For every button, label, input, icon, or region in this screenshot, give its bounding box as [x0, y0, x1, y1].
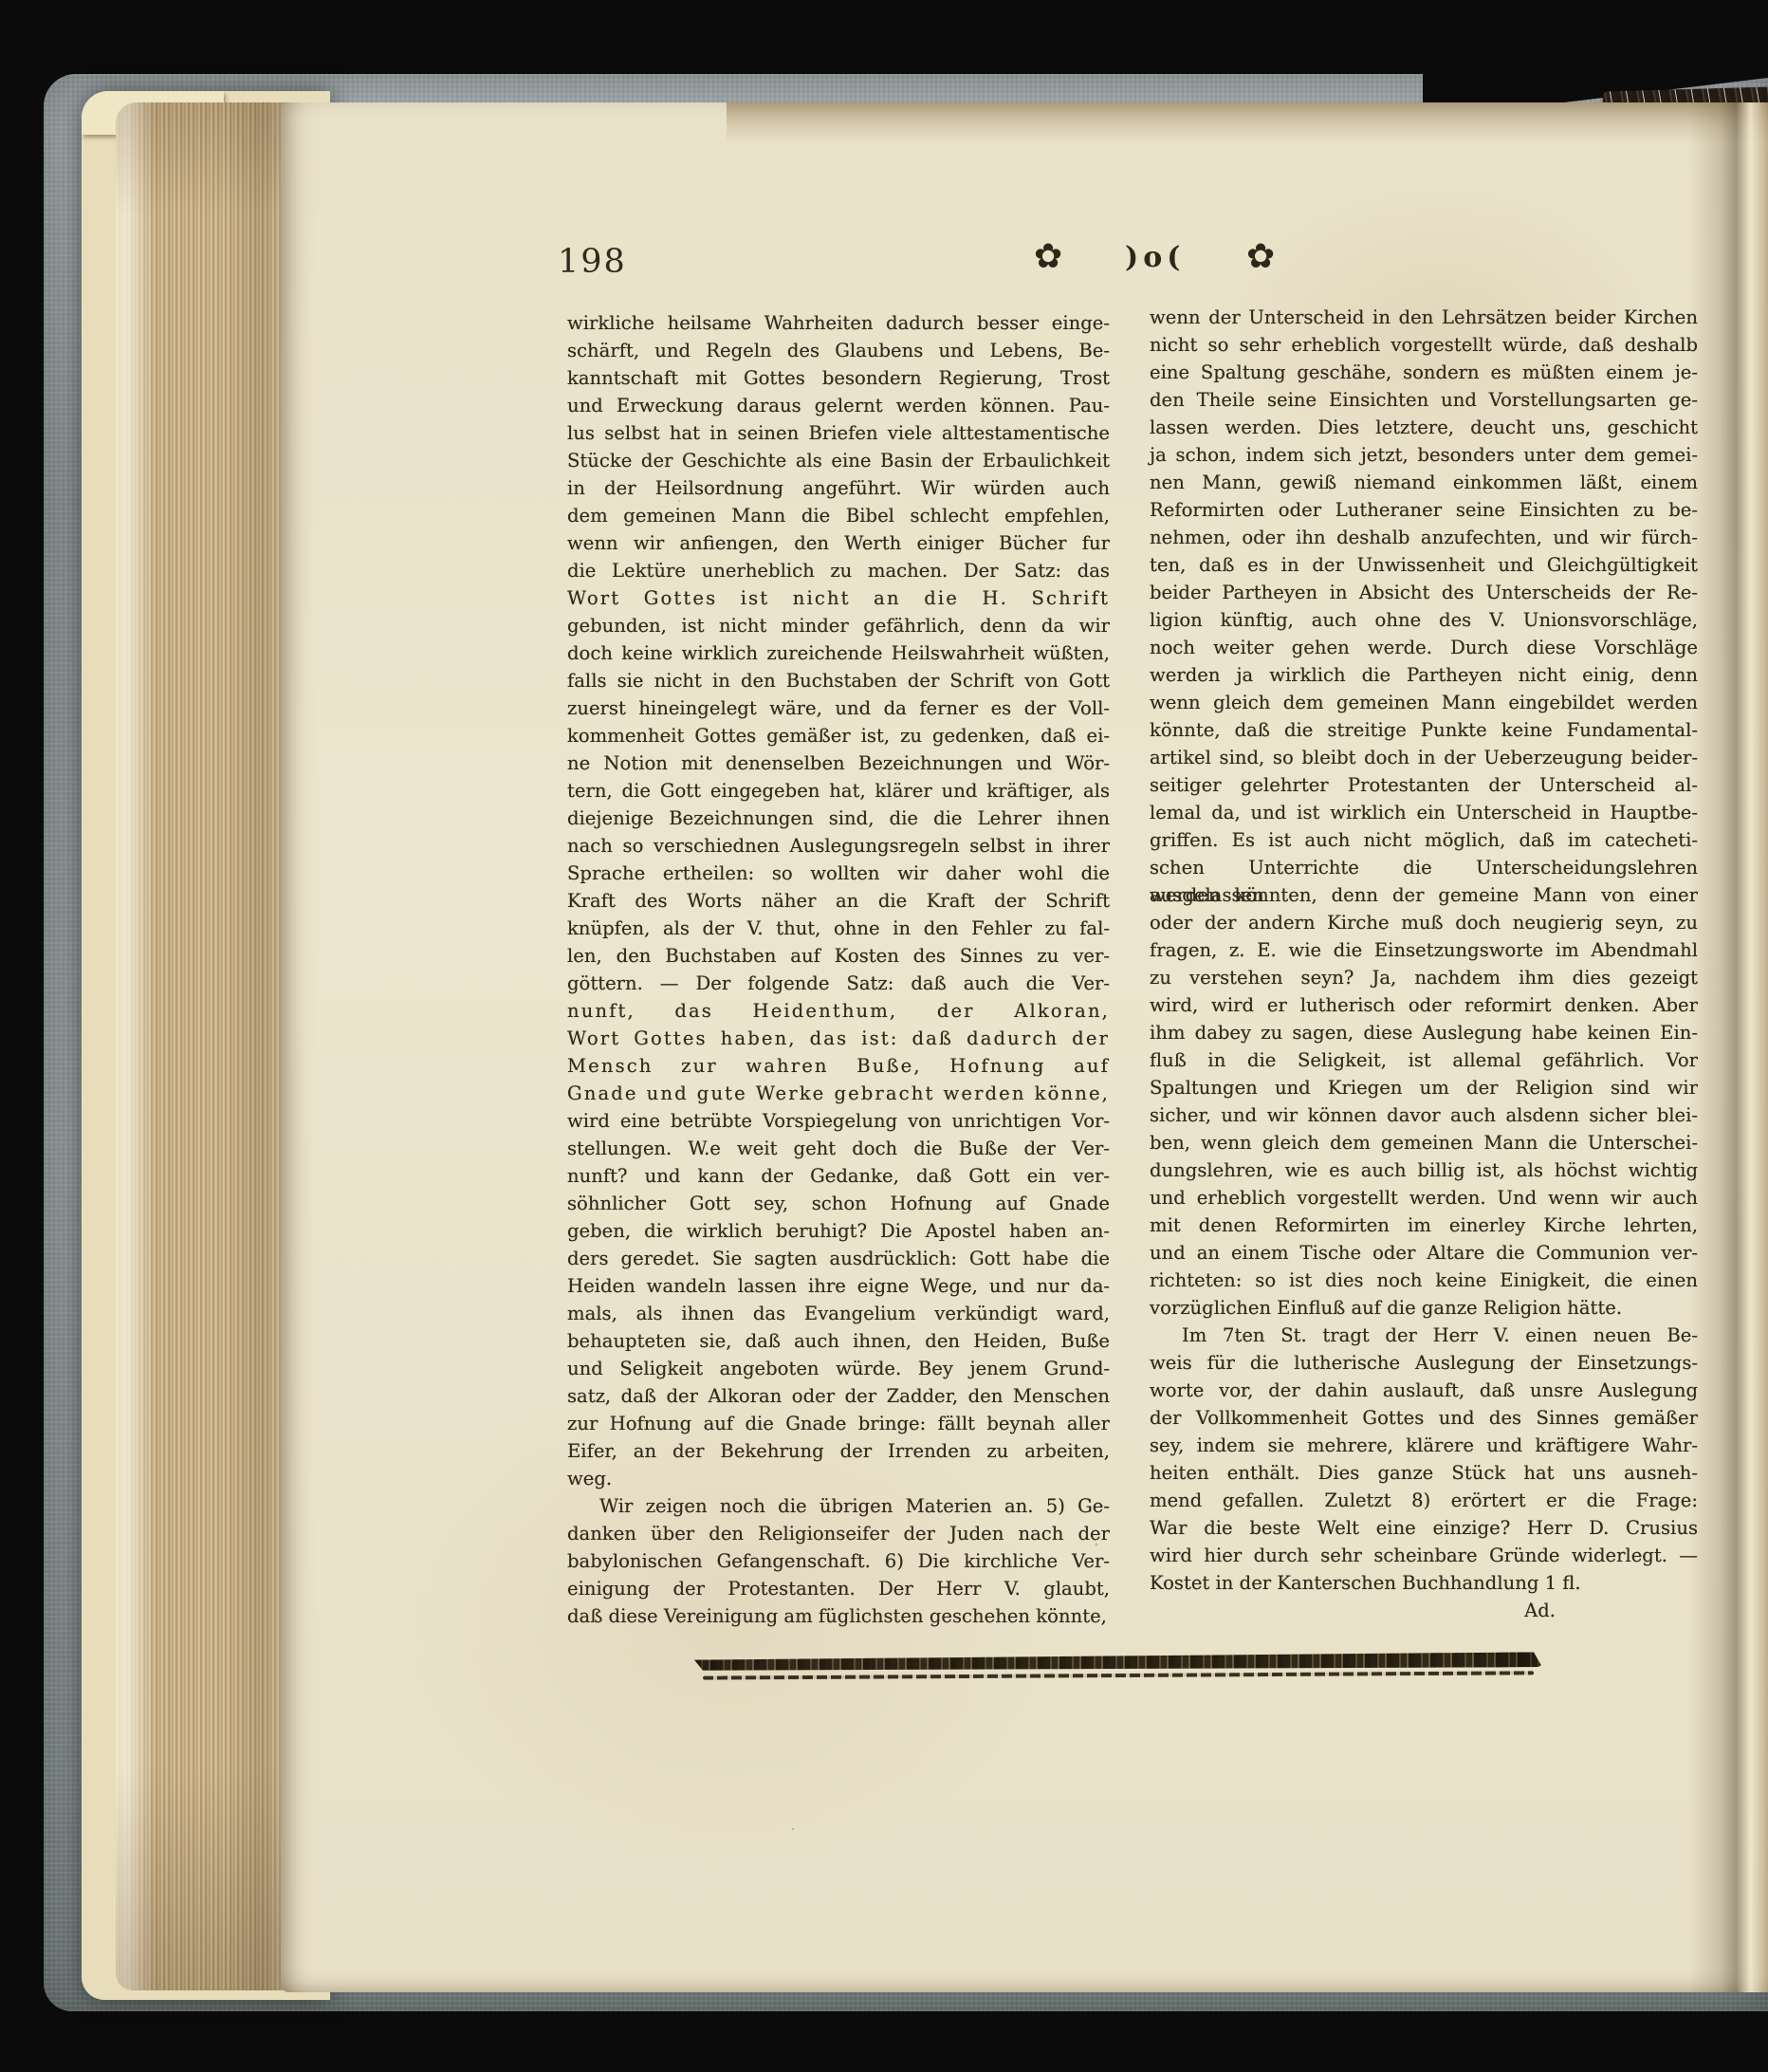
text-line: ihm dabey zu sagen, diese Auslegung habe… — [1150, 1019, 1698, 1046]
text-line: wird, wird er lutherisch oder reformirt … — [1150, 991, 1698, 1019]
text-line: Gnade und gute Werke gebracht werden kön… — [567, 1080, 1110, 1107]
text-line: danken über den Religionseifer der Juden… — [567, 1520, 1110, 1547]
text-line: den Theile seine Einsichten und Vorstell… — [1150, 386, 1698, 414]
text-line: weis für die lutherische Auslegung der E… — [1150, 1349, 1698, 1377]
text-line: söhnlicher Gott sey, schon Hofnung auf G… — [567, 1190, 1110, 1217]
text-line: len, den Buchstaben auf Kosten des Sinne… — [567, 942, 1110, 970]
text-line: Heiden wandeln lassen ihre eigne Wege, u… — [567, 1272, 1110, 1300]
text-line: falls sie nicht in den Buchstaben der Sc… — [567, 667, 1110, 694]
text-line: dungslehren, wie es auch billig ist, als… — [1150, 1156, 1698, 1184]
text-line: ligion künftig, auch ohne des V. Unionsv… — [1150, 606, 1698, 634]
text-line: werden ja wirklich die Partheyen nicht e… — [1150, 661, 1698, 689]
text-line: könnte, daß die streitige Punkte keine F… — [1150, 716, 1698, 744]
text-line: ten, daß es in der Unwissenheit und Glei… — [1150, 551, 1698, 579]
text-line: fragen, z. E. wie die Einsetzungsworte i… — [1150, 936, 1698, 964]
text-line: sicher, und wir können davor auch alsden… — [1150, 1101, 1698, 1129]
text-line: zur Hofnung auf die Gnade bringe: fällt … — [567, 1410, 1110, 1437]
text-column-left: wirkliche heilsame Wahrheiten dadurch be… — [567, 309, 1110, 1630]
text-line: ben, wenn gleich dem gemeinen Mann die U… — [1150, 1129, 1698, 1156]
floral-ornament-icon: ✿ — [1034, 237, 1062, 276]
text-line: worte vor, der dahin auslauft, daß unsre… — [1150, 1377, 1698, 1404]
text-line: ne Notion mit denenselben Bezeichnungen … — [567, 749, 1110, 777]
text-line: richteten: so ist dies noch keine Einigk… — [1150, 1267, 1698, 1294]
text-line: lus selbst hat in seinen Briefen viele a… — [567, 419, 1110, 447]
text-line: diejenige Bezeichnungen sind, die die Le… — [567, 805, 1110, 832]
floral-ornament-icon: ✿ — [1246, 237, 1275, 276]
text-line: Kostet in der Kanterschen Buchhandlung 1… — [1150, 1569, 1698, 1597]
text-line: kanntschaft mit Gottes besondern Regieru… — [567, 364, 1110, 392]
text-line: War die beste Welt eine einzige? Herr D.… — [1150, 1514, 1698, 1542]
page-number: 198 — [558, 243, 627, 281]
text-line: tern, die Gott eingegeben hat, klärer un… — [567, 777, 1110, 805]
text-line: Reformirten oder Lutheraner seine Einsic… — [1150, 496, 1698, 524]
text-line: die Lektüre unerheblich zu machen. Der S… — [567, 557, 1110, 584]
text-line: göttern. — Der folgende Satz: daß auch d… — [567, 970, 1110, 997]
text-line: und Seligkeit angeboten würde. Bey jenem… — [567, 1355, 1110, 1382]
text-line: Ad. — [1150, 1597, 1698, 1624]
text-line: und an einem Tische oder Altare die Comm… — [1150, 1239, 1698, 1267]
text-line: nicht so sehr erheblich vorgestellt würd… — [1150, 331, 1698, 359]
text-line: Spaltungen und Kriegen um der Religion s… — [1150, 1074, 1698, 1101]
text-line: heiten enthält. Dies ganze Stück hat uns… — [1150, 1459, 1698, 1487]
text-line: noch weiter gehen werde. Durch diese Vor… — [1150, 634, 1698, 661]
text-line: und Erweckung daraus gelernt werden könn… — [567, 392, 1110, 419]
text-line: artikel sind, so bleibt doch in der Uebe… — [1150, 744, 1698, 771]
text-line: daß diese Vereinigung am füglichsten ges… — [567, 1602, 1110, 1630]
text-line: geben, die wirklich beruhigt? Die Aposte… — [567, 1217, 1110, 1245]
text-line: babylonischen Gefangenschaft. 6) Die kir… — [567, 1547, 1110, 1575]
text-line: stellungen. W.e weit geht doch die Buße … — [567, 1135, 1110, 1162]
text-line: nunft? und kann der Gedanke, daß Gott ei… — [567, 1162, 1110, 1190]
text-line: mit denen Reformirten im einerley Kirche… — [1150, 1212, 1698, 1239]
text-line: ders geredet. Sie sagten ausdrücklich: G… — [567, 1245, 1110, 1272]
text-line: Kraft des Worts näher an die Kraft der S… — [567, 887, 1110, 915]
text-line: wenn der Unterscheid in den Lehrsätzen b… — [1150, 304, 1698, 331]
text-line: wenn gleich dem gemeinen Mann eingebilde… — [1150, 689, 1698, 716]
text-line: seitiger gelehrter Protestanten der Unte… — [1150, 771, 1698, 799]
text-line: lemal da, und ist wirklich ein Untersche… — [1150, 799, 1698, 826]
text-line: wenn wir anfiengen, den Werth einiger Bü… — [567, 529, 1110, 557]
scanned-book-page: 198 ✿ )o( ✿ wirkliche heilsame Wahrheite… — [0, 0, 1768, 2072]
text-line: oder der andern Kirche muß doch neugieri… — [1150, 909, 1698, 936]
text-line: zuerst hineingelegt wäre, und da ferner … — [567, 694, 1110, 722]
page-top-edge — [727, 102, 1768, 144]
text-line: dem gemeinen Mann die Bibel schlecht emp… — [567, 502, 1110, 529]
text-line: nach so verschiednen Auslegungsregeln se… — [567, 832, 1110, 860]
text-line: fluß in die Seligkeit, ist allemal gefäh… — [1150, 1046, 1698, 1074]
text-line: mals, als ihnen das Evangelium verkündig… — [567, 1300, 1110, 1327]
section-divider-mark: )o( — [1125, 241, 1185, 274]
text-line: Wort Gottes haben, das ist: daß dadurch … — [567, 1025, 1110, 1052]
text-line: einigung der Protestanten. Der Herr V. g… — [567, 1575, 1110, 1602]
page-fore-edge — [1688, 102, 1768, 1992]
text-line: wird eine betrübte Vorspiegelung von unr… — [567, 1107, 1110, 1135]
text-line: zu verstehen seyn? Ja, nachdem ihm dies … — [1150, 964, 1698, 991]
text-column-right: wenn der Unterscheid in den Lehrsätzen b… — [1150, 304, 1698, 1624]
text-line: schen Unterrichte die Unterscheidungsleh… — [1150, 854, 1698, 881]
text-line: weg. — [567, 1465, 1110, 1492]
text-line: Mensch zur wahren Buße, Hofnung auf — [567, 1052, 1110, 1080]
text-line: nunft, das Heidenthum, der Alkoran, — [567, 997, 1110, 1025]
text-line: wirkliche heilsame Wahrheiten dadurch be… — [567, 309, 1110, 337]
text-line: doch keine wirklich zureichende Heilswah… — [567, 639, 1110, 667]
text-line: vorzüglichen Einfluß auf die ganze Relig… — [1150, 1294, 1698, 1322]
text-line: Sprache ertheilen: so wollten wir daher … — [567, 860, 1110, 887]
text-line: lassen werden. Dies letztere, deucht uns… — [1150, 414, 1698, 441]
text-line: werden könnten, denn der gemeine Mann vo… — [1150, 881, 1698, 909]
text-line: knüpfen, als der V. thut, ohne in den Fe… — [567, 915, 1110, 942]
text-line: kommenheit Gottes gemäßer ist, zu gedenk… — [567, 722, 1110, 749]
text-line: eine Spaltung geschähe, sondern es müßte… — [1150, 359, 1698, 386]
text-line: behaupteten sie, daß auch ihnen, den Hei… — [567, 1327, 1110, 1355]
text-line: gebunden, ist nicht minder gefährlich, d… — [567, 612, 1110, 639]
text-line: Stücke der Geschichte als eine Basin der… — [567, 447, 1110, 474]
text-line: beider Partheyen in Absicht des Untersch… — [1150, 579, 1698, 606]
text-line: nen Mann, gewiß niemand einkommen läßt, … — [1150, 469, 1698, 496]
text-line: der Vollkommenheit Gottes und des Sinnes… — [1150, 1404, 1698, 1432]
text-line: Im 7ten St. tragt der Herr V. einen neue… — [1150, 1322, 1698, 1349]
text-line: in der Heilsordnung angeführt. Wir würde… — [567, 474, 1110, 502]
text-line: sey, indem sie mehrere, klärere und kräf… — [1150, 1432, 1698, 1459]
text-line: mend gefallen. Zuletzt 8) erörtert er di… — [1150, 1487, 1698, 1514]
text-line: Wort Gottes ist nicht an die H. Schrift — [567, 584, 1110, 612]
text-line: wird hier durch sehr scheinbare Gründe w… — [1150, 1542, 1698, 1569]
text-line: Wir zeigen noch die übrigen Materien an.… — [567, 1492, 1110, 1520]
text-line: nehmen, oder ihn deshalb anzufechten, un… — [1150, 524, 1698, 551]
text-line: und erheblich vorgestellt werden. Und we… — [1150, 1184, 1698, 1212]
text-line: schärft, und Regeln des Glaubens und Leb… — [567, 337, 1110, 364]
text-line: griffen. Es ist auch nicht möglich, daß … — [1150, 826, 1698, 854]
text-line: satz, daß der Alkoran oder der Zadder, d… — [567, 1382, 1110, 1410]
text-line: ja schon, indem sich jetzt, besonders un… — [1150, 441, 1698, 469]
text-line: Eifer, an der Bekehrung der Irrenden zu … — [567, 1437, 1110, 1465]
